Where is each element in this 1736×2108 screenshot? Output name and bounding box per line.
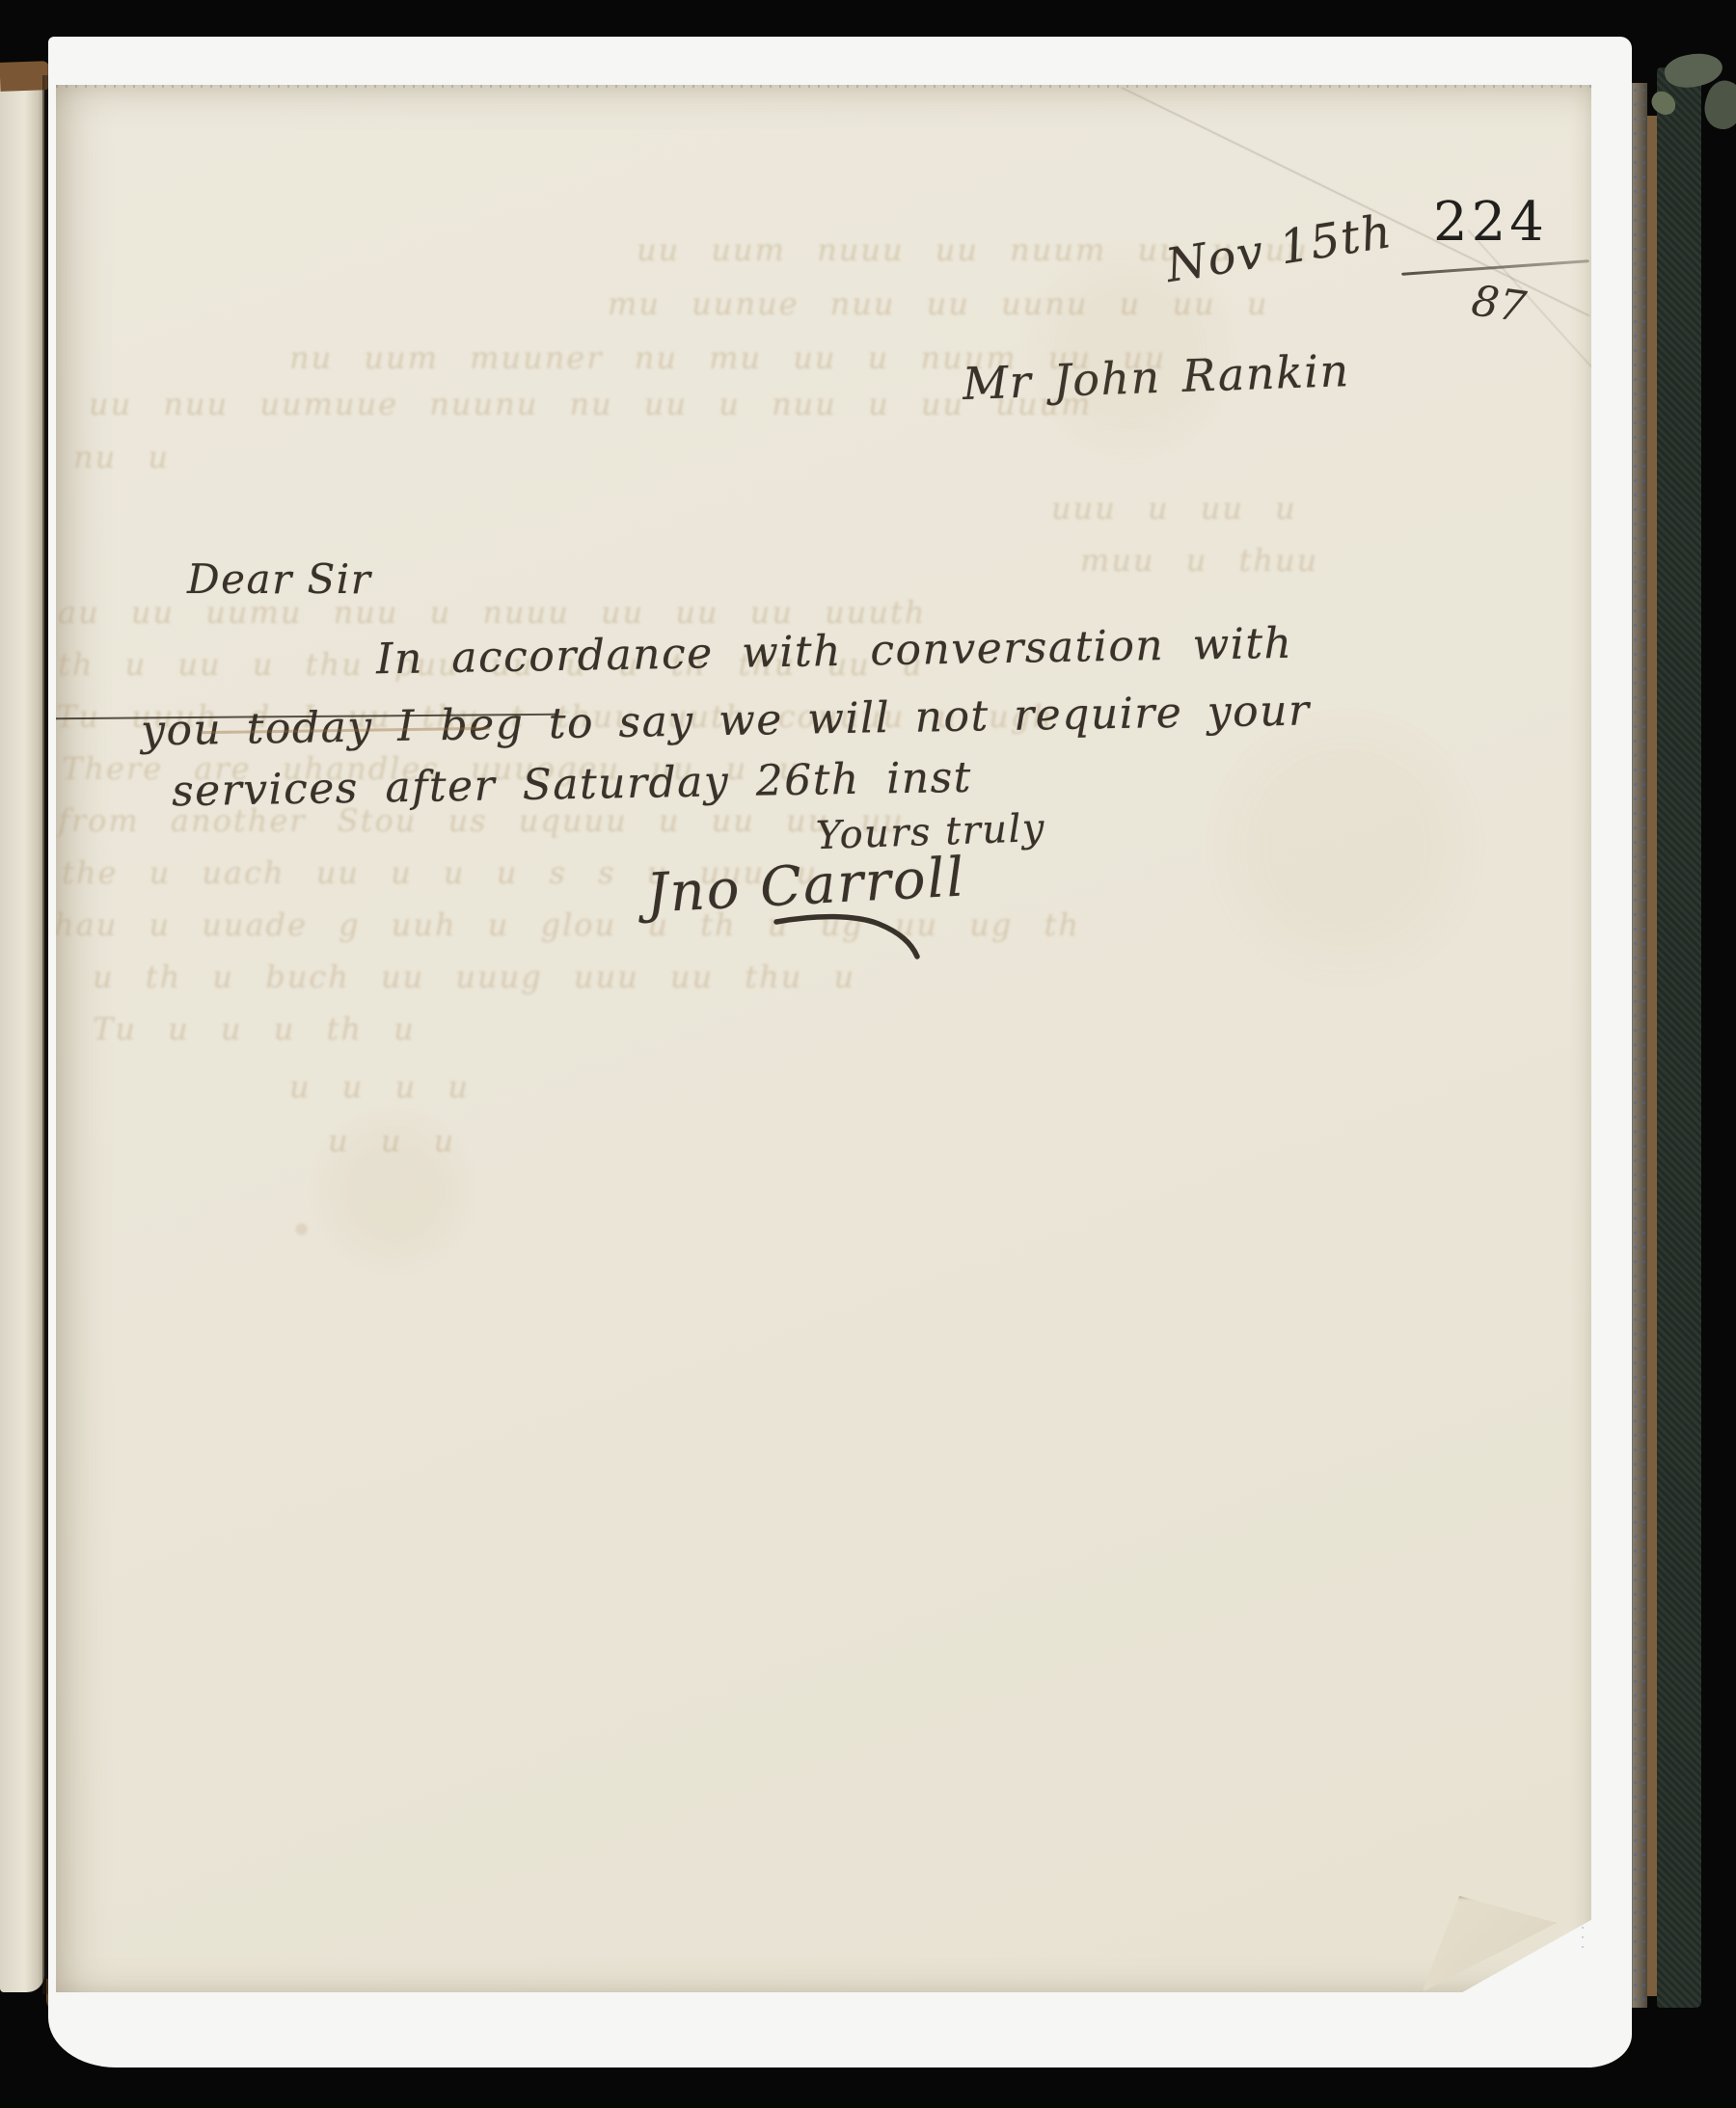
letter-salutation: Dear Sir bbox=[187, 555, 371, 603]
ghost-text-layer: uu uum nuuu uu nuum uu u uumu uunue nuu … bbox=[56, 85, 1591, 1992]
letter-body-line: services after Saturday 26th inst bbox=[172, 753, 973, 816]
book-photo: uu uum nuuu uu nuum uu u uumu uunue nuu … bbox=[0, 0, 1736, 2108]
folio-annotation: 87 bbox=[1469, 276, 1530, 332]
book-cover-cloth bbox=[1657, 68, 1701, 2008]
ghost-text-line: u u u u bbox=[289, 1068, 470, 1105]
ghost-text-line: u th u buch uu uuug uuu uu thu u bbox=[93, 959, 855, 995]
letter-date: Nov 15th bbox=[1162, 204, 1396, 293]
folio-number: 224 bbox=[1433, 191, 1548, 254]
ghost-text-line: Tu u u u th u bbox=[93, 1011, 416, 1047]
blue-speckled-edge bbox=[56, 85, 1591, 88]
ghost-text-line: uuu u uu u bbox=[1051, 490, 1297, 527]
ghost-text-line: muu u thuu bbox=[1080, 542, 1318, 579]
letter-page: uu uum nuuu uu nuum uu u uumu uunue nuu … bbox=[56, 85, 1591, 1992]
signature-flourish bbox=[765, 906, 938, 974]
ghost-text-line: nu u bbox=[73, 439, 170, 475]
ghost-text-line: uu nuu uumuue nuunu nu uu u nuu u uu uuu… bbox=[89, 386, 1092, 422]
letter-body-line: you today I beg to say we will not requi… bbox=[141, 686, 1311, 755]
ghost-text-line: u u u bbox=[328, 1122, 455, 1159]
frayed-cloth bbox=[1698, 76, 1736, 134]
letter-recipient: Mr John Rankin bbox=[962, 344, 1350, 410]
left-page-sliver bbox=[0, 71, 44, 1992]
letter-body-line: In accordance with conversation with bbox=[376, 619, 1293, 685]
cover-board-edge bbox=[1647, 116, 1657, 1996]
